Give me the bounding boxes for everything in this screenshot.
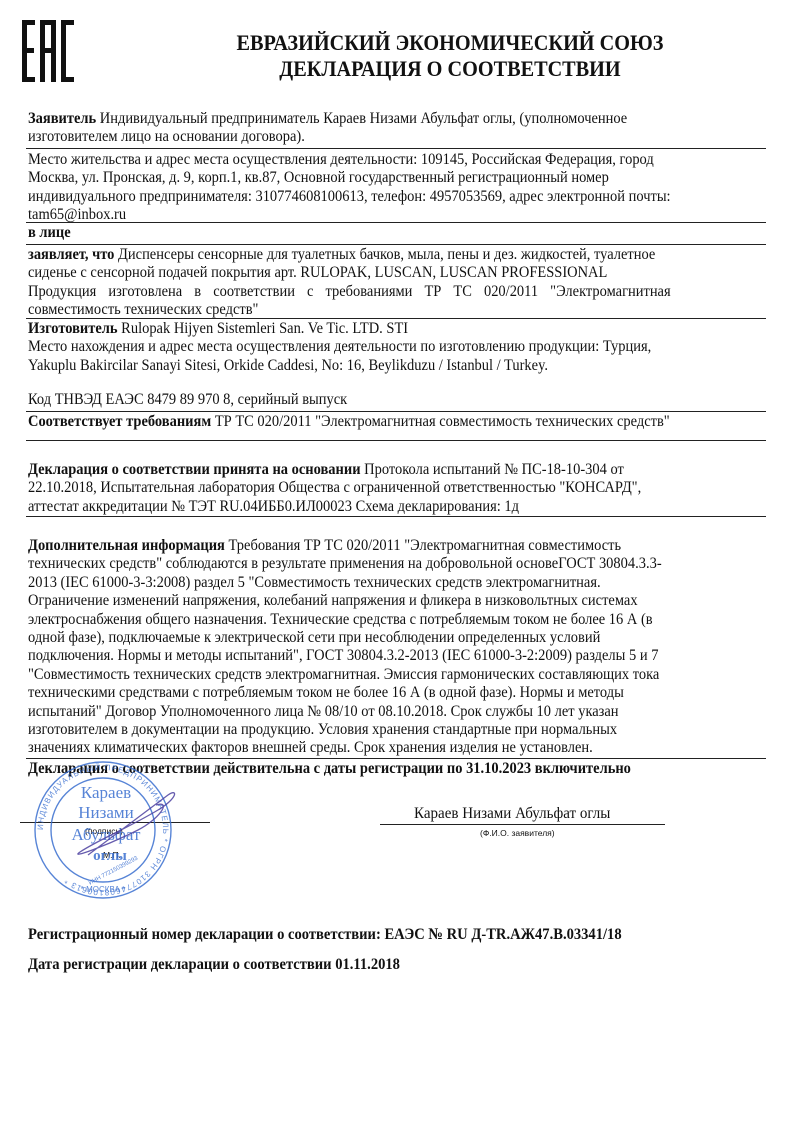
additional-info-text: значениях климатических факторов внешней… — [28, 739, 722, 757]
basis-label: Декларация о соответствии принята на осн… — [28, 461, 361, 478]
additional-info-text: электроснабжения общего назначения. Техн… — [28, 611, 722, 629]
additional-info-text: 2013 (IEC 61000-3-3:2008) раздел 5 "Совм… — [28, 574, 722, 592]
svg-text:* МОСКВА *: * МОСКВА * — [81, 885, 125, 894]
eac-mark-icon — [22, 20, 74, 82]
union-title: ЕВРАЗИЙСКИЙ ЭКОНОМИЧЕСКИЙ СОЮЗ — [192, 30, 707, 56]
svg-text:оглы: оглы — [93, 848, 127, 864]
additional-info-text: одной фазе), подключаемые к электрическо… — [28, 629, 722, 647]
additional-info-text: изготовителем в документации на продукци… — [28, 721, 722, 739]
additional-info-text: "Совместимость технических средств элект… — [28, 666, 722, 684]
manufacturer-name: Rulopak Hijyen Sistemleri San. Ve Tic. L… — [118, 320, 409, 337]
applicant-fio: Караев Низами Абульфат оглы — [414, 805, 610, 823]
svg-text:Караев: Караев — [81, 783, 131, 802]
additional-info-text: Ограничение изменений напряжения, колеба… — [28, 592, 722, 610]
additional-info-text: технических средств" соблюдаются в резул… — [28, 555, 722, 573]
seal-stamp-icon: ИНДИВИДУАЛЬНЫЙ ПРЕДПРИНИМАТЕЛЬ * ОГРН 31… — [28, 760, 178, 900]
conforms-text: ТР ТС 020/2011 "Электромагнитная совмест… — [211, 413, 670, 430]
divider — [26, 318, 766, 319]
manufacturer-address-2: Yakuplu Bakircilar Sanayi Sitesi, Orkide… — [28, 357, 722, 375]
basis-text: Протокола испытаний № ПС-18-10-304 от — [361, 461, 624, 478]
in-person-label: в лице — [28, 224, 722, 242]
declares-section: заявляет, что Диспенсеры сенсорные для т… — [28, 246, 722, 320]
hs-code: Код ТНВЭД ЕАЭС 8479 89 970 8, серийный в… — [28, 391, 722, 409]
additional-info-section: Дополнительная информация Требования ТР … — [28, 537, 722, 758]
document-header: ЕВРАЗИЙСКИЙ ЭКОНОМИЧЕСКИЙ СОЮЗ ДЕКЛАРАЦИ… — [192, 30, 707, 82]
additional-info-text: испытаний" Договор Уполномоченного лица … — [28, 703, 722, 721]
divider — [26, 516, 766, 517]
divider — [26, 758, 766, 759]
basis-text-3: аттестат аккредитации № ТЭТ RU.04ИББ0.ИЛ… — [28, 498, 722, 516]
divider — [26, 244, 766, 245]
product-conformity: Продукция изготовлена в соответствии с т… — [28, 283, 722, 301]
fio-line — [380, 824, 665, 825]
additional-info-text: техническими средствами с потребляемым т… — [28, 684, 722, 702]
applicant-section: Заявитель Индивидуальный предприниматель… — [28, 110, 722, 147]
fio-caption: (Ф.И.О. заявителя) — [480, 828, 555, 838]
address-line: индивидуального предпринимателя: 3107746… — [28, 188, 722, 206]
product-description: Диспенсеры сенсорные для туалетных бачко… — [114, 246, 655, 263]
applicant-text-2: изготовителем лицо на основании договора… — [28, 128, 722, 146]
applicant-label: Заявитель — [28, 110, 96, 127]
basis-text-2: 22.10.2018, Испытательная лаборатория Об… — [28, 479, 722, 497]
product-description-2: сиденье с сенсорной подачей покрытия арт… — [28, 264, 722, 282]
registration-date: Дата регистрации декларации о соответств… — [28, 955, 400, 974]
svg-text:Низами: Низами — [78, 803, 134, 822]
address-line: Москва, ул. Пронская, д. 9, корп.1, кв.8… — [28, 169, 722, 187]
manufacturer-section: Изготовитель Rulopak Hijyen Sistemleri S… — [28, 320, 722, 375]
applicant-text: Индивидуальный предприниматель Караев Ни… — [96, 110, 627, 127]
address-section: Место жительства и адрес места осуществл… — [28, 151, 722, 225]
manufacturer-address: Место нахождения и адрес места осуществл… — [28, 338, 722, 356]
divider — [26, 222, 766, 223]
additional-info-label: Дополнительная информация — [28, 537, 225, 554]
additional-info-text: Требования ТР ТС 020/2011 "Электромагнит… — [225, 537, 621, 554]
address-line: Место жительства и адрес места осуществл… — [28, 151, 722, 169]
conforms-label: Соответствует требованиям — [28, 413, 211, 430]
product-conformity-2: совместимость технических средств" — [28, 301, 722, 319]
registration-number: Регистрационный номер декларации о соотв… — [28, 925, 622, 944]
basis-section: Декларация о соответствии принята на осн… — [28, 461, 722, 516]
conforms-section: Соответствует требованиям ТР ТС 020/2011… — [28, 413, 722, 431]
declaration-title: ДЕКЛАРАЦИЯ О СООТВЕТСТВИИ — [192, 56, 707, 82]
divider — [26, 440, 766, 441]
divider — [26, 148, 766, 149]
manufacturer-label: Изготовитель — [28, 320, 118, 337]
additional-info-text: подключения. Нормы и методы испытаний", … — [28, 647, 722, 665]
divider — [26, 411, 766, 412]
declares-label: заявляет, что — [28, 246, 114, 263]
